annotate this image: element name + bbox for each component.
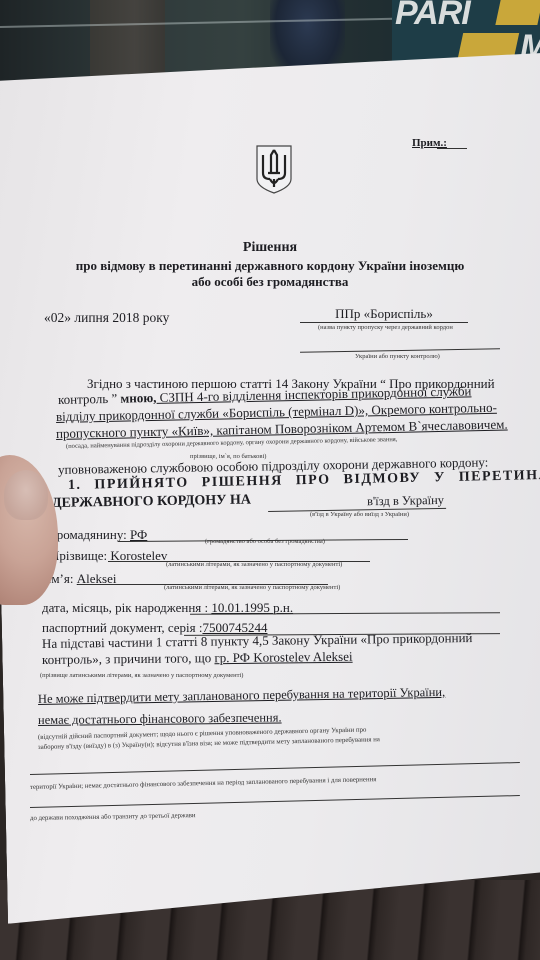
citizenship-value: РФ	[130, 527, 147, 542]
person-full-name: гр. РФ Korostelev Aleksei	[214, 649, 352, 665]
decision-direction: в'їзд в Україну	[268, 493, 446, 512]
document-subtitle-line1: про відмову в перетинанні державного кор…	[60, 258, 480, 274]
birthdate-label: дата, місяць, рік народження :	[42, 600, 211, 615]
checkpoint-caption-continued: України або пункту контролю)	[355, 353, 440, 360]
surname-caption: (латинськими літерами, як зазначено у па…	[166, 561, 342, 568]
surname-label: Прізвище:	[50, 548, 110, 563]
checkpoint-caption: (назва пункту пропуску через державний к…	[318, 324, 453, 331]
document-title: Рішення	[60, 240, 480, 256]
decision-direction-caption: (в'їзд в Україну або виїзд з України)	[310, 511, 409, 518]
document-date: «02» липня 2018 року	[44, 310, 169, 326]
refusal-reason-2: немає достатнього фінансового забезпечен…	[38, 710, 282, 728]
thumbnail	[4, 470, 48, 520]
passport-label: паспортний документ, серія :	[42, 620, 202, 635]
reason-field-line	[30, 762, 520, 775]
citizenship-caption: (громадянство або особа без громадянства…	[205, 538, 325, 545]
preamble-law-suffix: контроль ”	[58, 391, 121, 407]
reason-field-line	[30, 795, 520, 808]
checkpoint-name: ППр «Бориспіль»	[300, 306, 468, 323]
legal-basis-prefix: контроль», з причини того, що	[42, 650, 215, 667]
refusal-reason-1: Не може підтвердити мету запланованого п…	[38, 685, 445, 707]
reason-options-line4: до держави походження або транзиту до тр…	[30, 812, 196, 822]
decision-heading-continued: ДЕРЖАВНОГО КОРДОНУ НА	[52, 493, 251, 512]
document-subtitle-line2: або особі без громадянства	[60, 274, 480, 290]
preamble-by-me: мною,	[120, 390, 156, 406]
birthdate-field-line	[190, 612, 500, 615]
reason-options-line3: території України; немає достатнього фін…	[30, 776, 376, 791]
name-caption: (латинськими літерами, як зазначено у па…	[164, 584, 340, 591]
note-field-line	[437, 148, 467, 149]
legal-basis-line2: контроль», з причини того, що гр. РФ Kor…	[42, 649, 353, 668]
trident-emblem-icon	[254, 143, 294, 195]
refusal-decision-document: Прим.: Рішення про відмову в перетинанні…	[0, 0, 540, 960]
citizenship-label: Громадянину:	[50, 527, 130, 542]
legal-basis-caption: (прізвище латинськими літерами, як зазна…	[40, 672, 243, 679]
